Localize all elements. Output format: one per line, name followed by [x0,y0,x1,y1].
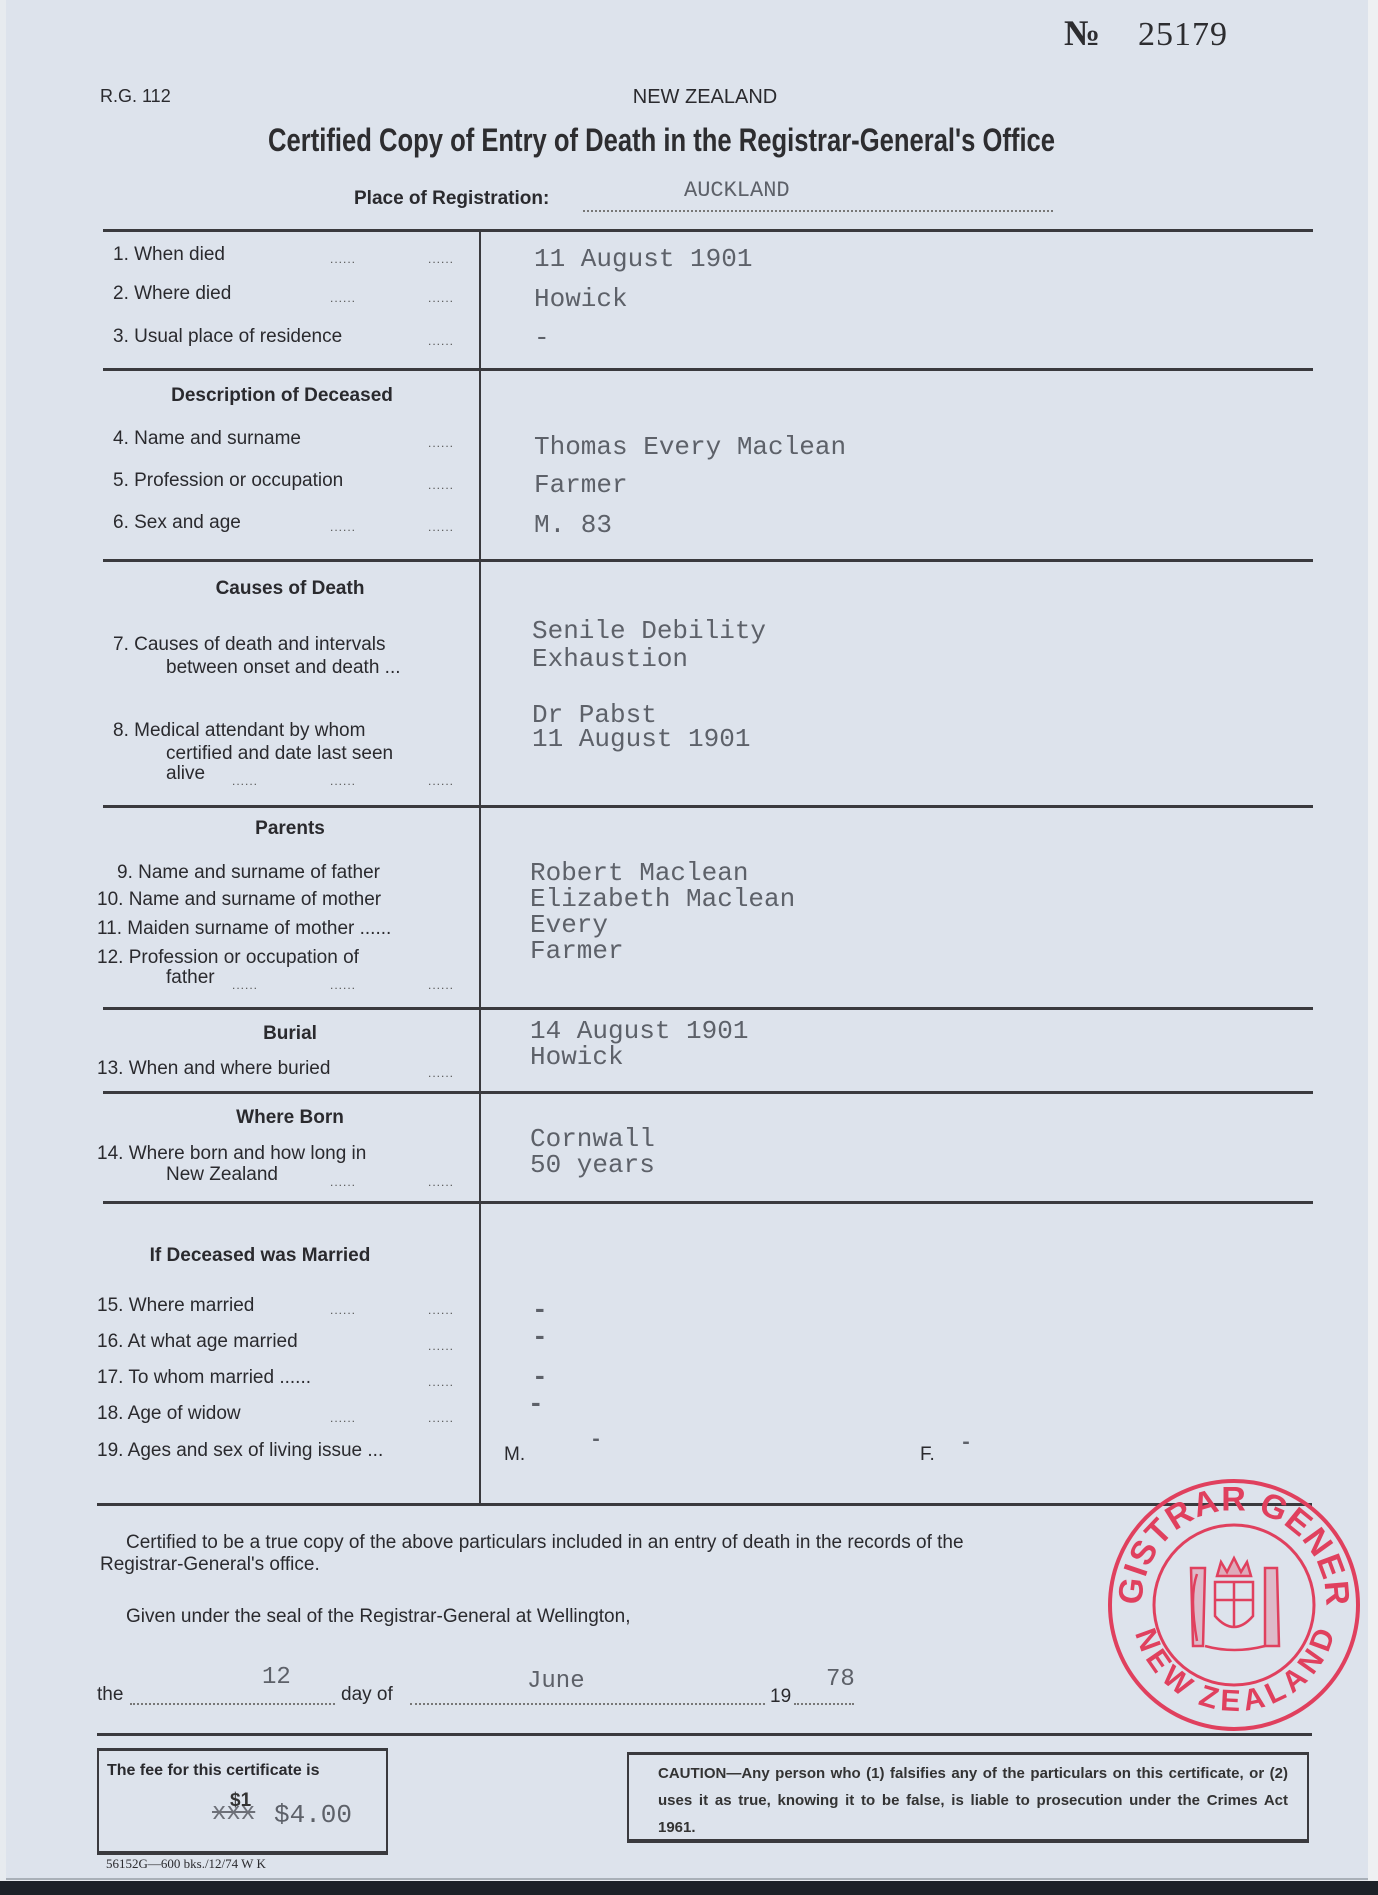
divider [103,559,1313,562]
serial-number-label: № [1064,12,1100,54]
leader-dots: ...... [232,978,258,992]
leader-dots: ...... [330,252,356,266]
label-living-issue: 19. Ages and sex of living issue ... [97,1440,383,1462]
value-age-married: - [532,1322,548,1352]
leader-dots: ...... [428,1175,454,1189]
label-father-occupation-line1: 12. Profession or occupation of [97,947,359,969]
label-profession: 5. Profession or occupation [113,470,343,492]
label-causes-line2: between onset and death ... [166,657,401,679]
divider [103,1091,1313,1094]
value-name-surname: Thomas Every Maclean [534,432,846,462]
fee-label: The fee for this certificate is [107,1762,320,1780]
label-burial: 13. When and where buried [97,1058,330,1080]
leader-dots: ...... [330,1411,356,1425]
leader-dots: ...... [330,291,356,305]
divider [103,229,1313,232]
value-date-last-seen: 11 August 1901 [532,724,750,754]
leader-dots: ...... [330,978,356,992]
value-year: 78 [826,1666,855,1693]
scan-background [0,1881,1378,1895]
document-title: Certified Copy of Entry of Death in the … [268,122,1055,159]
place-of-registration-label: Place of Registration: [354,188,549,210]
label-mother-maiden: 11. Maiden surname of mother ...... [97,918,391,940]
divider [103,1201,1313,1204]
registrar-general-seal: REGISTRAR GENERAL NEW ZEALAND [1105,1476,1363,1734]
label-medical-line2: certified and date last seen [166,743,393,765]
section-causes-of-death: Causes of Death [100,578,480,600]
country-heading: NEW ZEALAND [0,86,1378,109]
place-of-registration-value: AUCKLAND [684,178,790,203]
column-divider [479,229,481,1503]
fee-value: $4.00 [274,1800,352,1830]
value-whom-married: - [532,1362,548,1392]
value-cause-1: Senile Debility [532,616,766,646]
svg-text:REGISTRAR GENERAL: REGISTRAR GENERAL [1105,1476,1357,1608]
paper-edge [1368,0,1378,1895]
label-father-name: 9. Name and surname of father [117,862,380,884]
leader-dots: ...... [428,1303,454,1317]
divider [103,368,1313,371]
serial-number: 25179 [1138,16,1228,54]
leader-dots: ...... [428,978,454,992]
leader-dots: ...... [428,1411,454,1425]
value-years-in-nz: 50 years [530,1150,655,1180]
section-burial: Burial [100,1023,480,1045]
leader-dots: ...... [428,520,454,534]
label-causes-line1: 7. Causes of death and intervals [113,634,386,656]
value-where-married: - [532,1295,548,1325]
day-line [130,1702,335,1705]
leader-dots: ...... [428,291,454,305]
label-male-issue: M. [504,1444,525,1466]
label-where-born-line2: New Zealand [166,1164,278,1186]
section-where-born: Where Born [100,1107,480,1129]
label-age-widow: 18. Age of widow [97,1403,241,1425]
leader-dots: ...... [428,252,454,266]
year-line [794,1702,854,1705]
leader-dots: ...... [428,1375,454,1389]
leader-dots: ...... [428,436,454,450]
divider [103,1007,1313,1010]
value-age-widow: - [528,1389,544,1419]
leader-dots: ...... [330,1175,356,1189]
value-month: June [527,1668,585,1695]
certification-statement: Certified to be a true copy of the above… [100,1532,1000,1576]
value-sex-age: M. 83 [534,510,612,540]
label-where-born-line1: 14. Where born and how long in [97,1143,366,1165]
label-whom-married: 17. To whom married ...... [97,1367,311,1389]
given-under-seal-text: Given under the seal of the Registrar-Ge… [126,1606,630,1628]
label-day-of: day of [341,1684,393,1706]
value-when-died: 11 August 1901 [534,244,752,274]
seal-icon: REGISTRAR GENERAL NEW ZEALAND [1105,1476,1363,1734]
month-line [410,1702,765,1705]
leader-dots: ...... [428,774,454,788]
printer-note: 56152G—600 bks./12/74 W K [106,1856,266,1872]
fee-overprint: $1 [230,1790,251,1812]
value-day: 12 [262,1664,291,1691]
value-burial-place: Howick [530,1042,624,1072]
label-female-issue: F. [920,1444,935,1466]
value-profession: Farmer [534,470,628,500]
value-female-issue: - [960,1432,972,1455]
leader-dots: ...... [428,478,454,492]
label-usual-residence: 3. Usual place of residence [113,326,342,348]
label-name-surname: 4. Name and surname [113,428,301,450]
label-medical-line1: 8. Medical attendant by whom [113,720,365,742]
value-where-died: Howick [534,284,628,314]
label-mother-name: 10. Name and surname of mother [97,889,381,911]
section-parents: Parents [100,818,480,840]
label-father-occupation-line2: father [166,967,215,989]
leader-dots: ...... [428,1066,454,1080]
label-the: the [97,1684,123,1706]
divider [103,805,1313,808]
section-if-married: If Deceased was Married [80,1245,440,1267]
value-male-issue: - [590,1429,602,1452]
label-century: 19 [770,1686,791,1708]
leader-dots: ...... [428,1339,454,1353]
caution-text: CAUTION—Any person who (1) falsifies any… [658,1760,1288,1841]
certification-statement-text: Certified to be a true copy of the above… [100,1532,964,1575]
label-medical-line3: alive [166,763,205,785]
label-when-died: 1. When died [113,244,225,266]
label-sex-age: 6. Sex and age [113,512,241,534]
label-age-married: 16. At what age married [97,1331,298,1353]
section-description-of-deceased: Description of Deceased [92,385,472,407]
leader-dots: ...... [330,1303,356,1317]
leader-dots: ...... [330,774,356,788]
leader-dots: ...... [330,520,356,534]
value-father-occupation: Farmer [530,936,624,966]
label-where-married: 15. Where married [97,1295,254,1317]
leader-dots: ...... [232,774,258,788]
value-cause-2: Exhaustion [532,644,688,674]
place-of-registration-line [583,196,1053,212]
label-where-died: 2. Where died [113,283,231,305]
value-usual-residence: - [534,323,550,353]
leader-dots: ...... [428,334,454,348]
